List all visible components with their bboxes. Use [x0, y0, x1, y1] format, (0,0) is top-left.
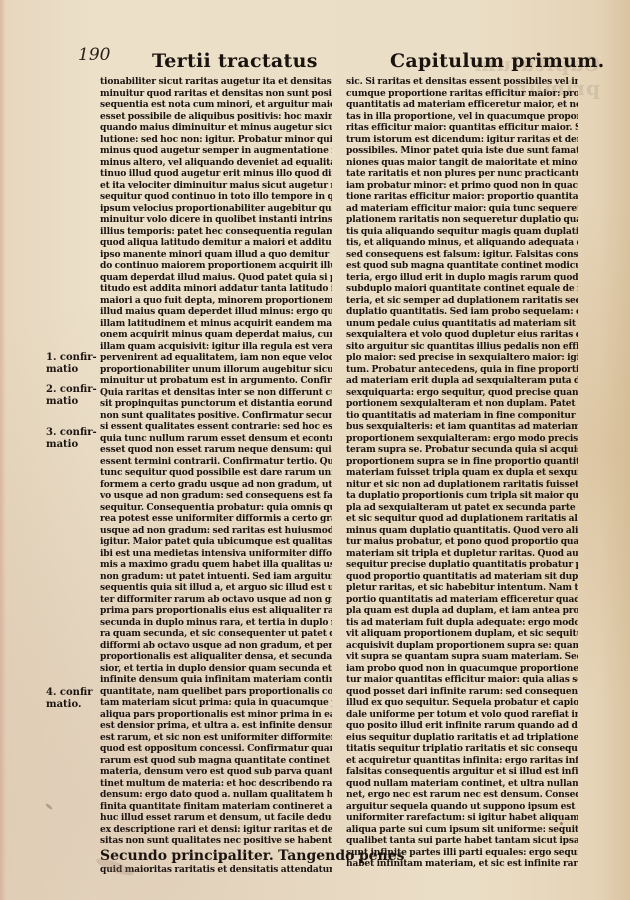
text-line: tunc sequitur quod possibile est dare ra… [100, 467, 332, 479]
text-line: minuitur quod raritas et densitas non su… [100, 88, 332, 100]
text-line: titatis sequitur triplatio raritatis et … [346, 743, 578, 755]
marginal-note-1: 1. confir- matio [46, 352, 97, 376]
text-line: acquisivit duplam proportionem supra se:… [346, 640, 578, 652]
text-line: quod nullam materiam continet, et ultra … [346, 778, 578, 790]
text-line: ipsum velocius proportionabiliter augebi… [100, 203, 332, 215]
text-line: et sic sequitur quod ad duplationem rari… [346, 513, 578, 525]
text-line: quod proportio quantitatis ad materiam s… [346, 571, 578, 583]
text-line: ra quam secunda, et sic consequenter ut … [100, 628, 332, 640]
text-line: ritas efficitur maior: quantitas efficit… [346, 122, 578, 134]
text-line: maiori a quo fuit depta, minorem proport… [100, 295, 332, 307]
text-line: pervenirent ad equalitatem, iam non eque… [100, 352, 332, 364]
text-line: sequentia est nota cum minori, et arguit… [100, 99, 332, 111]
text-line: tinuo illud quod augetur erit minus illo… [100, 168, 332, 180]
text-line: duplatio quantitatis. Sed iam probo sequ… [346, 306, 578, 318]
text-line: mis a maximo gradu quem habet illa quali… [100, 559, 332, 571]
text-line: minus altero, vel aliquando deveniet ad … [100, 157, 332, 169]
text-line: aliqua pars proportionalis est minor pri… [100, 709, 332, 721]
paper-stain [567, 818, 569, 820]
text-line: sequentis quia sit illud a, et arguo sic… [100, 582, 332, 594]
text-line: et ita velociter diminuitur maius sicut … [100, 180, 332, 192]
text-line: est rarum, et sic non est uniformiter di… [100, 732, 332, 744]
text-line: ad materiam efficitur maior: quia tunc s… [346, 203, 578, 215]
text-line: finita quantitate finitam materiam conti… [100, 801, 332, 813]
text-line: quid maioritas raritatis et densitatis a… [100, 864, 332, 876]
left-text-column: tionabiliter sicut raritas augetur ita e… [100, 76, 332, 875]
text-line: illam latitudinem et minus acquirit eand… [100, 318, 332, 330]
text-line: vo usque ad non gradum: sed consequens e… [100, 490, 332, 502]
text-line: trum istorum est dicendum: igitur rarita… [346, 134, 578, 146]
text-line: quod est oppositum concessi. Confirmatur… [100, 743, 332, 755]
marginal-note-line: matio [46, 439, 97, 451]
text-line: plo maior: sed precise in sexquialtero m… [346, 352, 578, 364]
paper-stain [45, 803, 53, 810]
text-line: igitur. Maior patet quia ubicumque est q… [100, 536, 332, 548]
text-line: pla ad sexquialteram ut patet ex secunda… [346, 502, 578, 514]
text-line: rarum est quod sub magna quantitate cont… [100, 755, 332, 767]
text-line: sexquiquarta: ergo sequitur, quod precis… [346, 387, 578, 399]
text-line: ter difformiter rarum ab octavo usque ad… [100, 594, 332, 606]
text-line: tum. Probatur antecedens, quia in fine p… [346, 364, 578, 376]
text-line: minus quam duplatio quantitatis. Quod ve… [346, 525, 578, 537]
text-line: ta duplatio proportionis cum tripla sit … [346, 490, 578, 502]
text-line: Quia raritas et densitas inter se non di… [100, 387, 332, 399]
text-line: arguitur sequela quando ut suppono ipsum… [346, 801, 578, 813]
text-line: tinet multum de materia: et hoc describe… [100, 778, 332, 790]
text-line: esset possibile de aliquibus positivis: … [100, 111, 332, 123]
text-line: quod posset dari infinite rarum: sed con… [346, 686, 578, 698]
text-line: tione raritas efficitur maior: proportio… [346, 191, 578, 203]
running-head-left: Tertii tractatus [152, 50, 318, 72]
text-line: possibiles. Minor patet quia iste due su… [346, 145, 578, 157]
marginal-note-3: 3. confir- matio [46, 427, 97, 451]
text-line: tionabiliter sicut raritas augetur ita e… [100, 76, 332, 88]
text-line: uniformiter rarefactum: si igitur habet … [346, 812, 578, 824]
text-line: portionem sexquialteram et non duplam. P… [346, 398, 578, 410]
text-line: aliqua parte sui cum ipsum sit uniforme:… [346, 824, 578, 836]
text-line: essent termini contrarii. Confirmatur te… [100, 456, 332, 468]
text-line: tio quantitatis ad materiam in fine comp… [346, 410, 578, 422]
text-line: iam probatur minor: et primo quod non in… [346, 180, 578, 192]
text-line: prima pars proportionalis eius est aliqu… [100, 605, 332, 617]
text-line: est densior prima, et ultra a. est infin… [100, 720, 332, 732]
text-line: quod aliqua latitudo demitur a maiori et… [100, 237, 332, 249]
text-line: si essent qualitates essent contrarie: s… [100, 421, 332, 433]
text-line: quia tunc nullum rarum esset densum et e… [100, 433, 332, 445]
text-line: onem acquirit minus quam deperdat maius,… [100, 329, 332, 341]
text-line: minuitur ut probatum est in argumento. C… [100, 375, 332, 387]
text-line: sexquialtera et volo quod dupletur eius … [346, 329, 578, 341]
paper-stain [560, 822, 563, 825]
text-line: eius sequitur duplatio raritatis et ad t… [346, 732, 578, 744]
text-line: sito arguitur sic quantitas illius pedal… [346, 341, 578, 353]
text-line: illam quam acquisivit: igitur illa regul… [100, 341, 332, 353]
text-line: minuitur volo dicere in quolibet instant… [100, 214, 332, 226]
text-line: illius temporis: patet hec consequentia … [100, 226, 332, 238]
text-line: quantitatis ad materiam efficeretur maio… [346, 99, 578, 111]
text-line: ibi est una medietas intensiva uniformit… [100, 548, 332, 560]
marginal-note-line: 3. confir- [46, 427, 97, 439]
text-line: tur maius probatur, et pono quod proport… [346, 536, 578, 548]
text-line: niones quas maior tangit de maioritate e… [346, 157, 578, 169]
text-line: formem a certo gradu usque ad non gradum… [100, 479, 332, 491]
text-line: plationem raritatis non sequeretur dupla… [346, 214, 578, 226]
text-line: do continuo maiorem proportionem acquiri… [100, 260, 332, 272]
text-line: sequitur precise duplatio quantitatis pr… [346, 559, 578, 571]
text-line: tur maior quantitas efficitur maior: qui… [346, 674, 578, 686]
text-line: ipso manente minori quam illud a quo dem… [100, 249, 332, 261]
text-line: usque ad non gradum: sed raritas est hui… [100, 525, 332, 537]
text-line: falsitas consequentis arguitur et si ill… [346, 766, 578, 778]
text-line: quantitate, nam quelibet pars proportion… [100, 686, 332, 698]
text-line: rea potest esse uniformiter difformis a … [100, 513, 332, 525]
text-line: infinite densum quia infinitam materiam … [100, 674, 332, 686]
text-line: teria, et sic semper ad duplationem rari… [346, 295, 578, 307]
text-line: sequitur quod continuo in toto illo temp… [100, 191, 332, 203]
text-line: illud maius quam deperdet illud minus: e… [100, 306, 332, 318]
text-line: qualibet tanta sui parte habet tantam si… [346, 835, 578, 847]
text-line: illud ex quo sequitur. Sequela probatur … [346, 697, 578, 709]
marginal-note-line: matio. [46, 699, 93, 711]
marginal-note-2: 2. confir- matio [46, 384, 97, 408]
text-line: subduplo maiori quantitate continet equa… [346, 283, 578, 295]
text-line: est quod sub magna quantitate continet m… [346, 260, 578, 272]
marginal-note-4: 4. confir matio. [46, 687, 93, 711]
text-line: secunda in duplo minus rara, et tertia i… [100, 617, 332, 629]
text-line: sior, et tertia in duplo densior quam se… [100, 663, 332, 675]
text-line: sitas non sunt qualitates nec positive s… [100, 835, 332, 847]
text-line: dale uniforme per totum et volo quod rar… [346, 709, 578, 721]
text-line: bus sexquialteris: et iam quantitas ad m… [346, 421, 578, 433]
text-line: sic. Si raritas et densitas essent possi… [346, 76, 578, 88]
text-line: cumque proportione raritas efficitur mai… [346, 88, 578, 100]
text-line: proportionalis est aliqualiter densa, et… [100, 651, 332, 663]
text-line: esset quod non esset rarum neque densum:… [100, 444, 332, 456]
marginal-note-line: 2. confir- [46, 384, 97, 396]
right-text-column: sic. Si raritas et densitas essent possi… [346, 76, 578, 870]
text-line: iam probo quod non in quacumque proporti… [346, 663, 578, 675]
text-line: teram supra se. Probatur secunda quia si… [346, 444, 578, 456]
text-line: materiam fuisset tripla quam ex dupla et… [346, 467, 578, 479]
marginal-note-line: matio [46, 364, 97, 376]
text-line: ex descriptione rari et densi: igitur ra… [100, 824, 332, 836]
text-line: tam materiam sicut prima: quia in quacum… [100, 697, 332, 709]
marginal-note-line: 1. confir- [46, 352, 97, 364]
text-line: quando maius diminuitur et minus augetur… [100, 122, 332, 134]
text-line: proportionem sexquialteram: ergo modo pr… [346, 433, 578, 445]
text-line: tis ad materiam fuit dupla adequate: erg… [346, 617, 578, 629]
text-line: habet infinitam materiam, et sic est inf… [346, 858, 578, 870]
book-page: Capitulum primum. 190 Tertii tractatus C… [0, 0, 630, 900]
text-line: non sunt qualitates positive. Confirmatu… [100, 410, 332, 422]
text-line: et acquiretur quantitas infinita: ergo r… [346, 755, 578, 767]
text-line: teria, ergo illud erit in duplo magis ra… [346, 272, 578, 284]
text-line: materia, densum vero est quod sub parva … [100, 766, 332, 778]
section-heading: Secundo principaliter. Tangendo penes [100, 848, 332, 864]
text-line: materiam sit tripla et dupletur raritas.… [346, 548, 578, 560]
text-line: unum pedale cuius quantitatis ad materia… [346, 318, 578, 330]
text-line: sit propinquitas punctorum et distantia … [100, 398, 332, 410]
text-line: proportionabiliter unum illorum augebitu… [100, 364, 332, 376]
text-line: sequitur. Consequentia probatur: quia om… [100, 502, 332, 514]
text-line: pletur raritas, et sic habebitur intentu… [346, 582, 578, 594]
marginal-note-line: matio [46, 396, 97, 408]
text-line: sed consequens est falsum: igitur. Falsi… [346, 249, 578, 261]
text-line: tis, et aliquando minus, et aliquando ad… [346, 237, 578, 249]
text-line: titudo est addita minori addatur tanta l… [100, 283, 332, 295]
text-line: vit supra se quantam supra suam materiam… [346, 651, 578, 663]
marginal-note-line: 4. confir [46, 687, 93, 699]
text-line: ad materiam erit dupla ad sexquialteram … [346, 375, 578, 387]
text-line: pla quam est dupla ad duplam, et iam ant… [346, 605, 578, 617]
text-line: proportionem supra se in fine proportio … [346, 456, 578, 468]
folio-number: 190 [78, 45, 110, 65]
text-line: quo posito illud erit infinite rarum qua… [346, 720, 578, 732]
text-line: tas in illa proportione, vel in quacumqu… [346, 111, 578, 123]
page-edge-shadow [0, 0, 6, 900]
text-line: non gradum: ut patet intuenti. Sed iam a… [100, 571, 332, 583]
text-line: tis quia aliquando sequitur magis quam d… [346, 226, 578, 238]
text-line: quam deperdat illud maius. Quod patet qu… [100, 272, 332, 284]
running-head-right: Capitulum primum. [390, 50, 605, 72]
text-line: densum: ergo dato quod a. nullam qualita… [100, 789, 332, 801]
text-line: difformi ab octavo usque ad non gradum, … [100, 640, 332, 652]
text-line: minus quod augetur semper in augmentatio… [100, 145, 332, 157]
text-line: tate raritatis et non plures per nunc pr… [346, 168, 578, 180]
text-line: portio quantitatis ad materiam efficeret… [346, 594, 578, 606]
text-line: nitur et sic non ad duplationem raritati… [346, 479, 578, 491]
text-line: sunt infinite partes illi parti equales:… [346, 847, 578, 859]
text-line: net, ergo nec est rarum nec est densum. … [346, 789, 578, 801]
text-line: lutione: sed hoc non: igitur. Probatur m… [100, 134, 332, 146]
text-line: vit aliquam proportionem duplam, et sic … [346, 628, 578, 640]
text-line: huc illud esset rarum et densum, ut faci… [100, 812, 332, 824]
